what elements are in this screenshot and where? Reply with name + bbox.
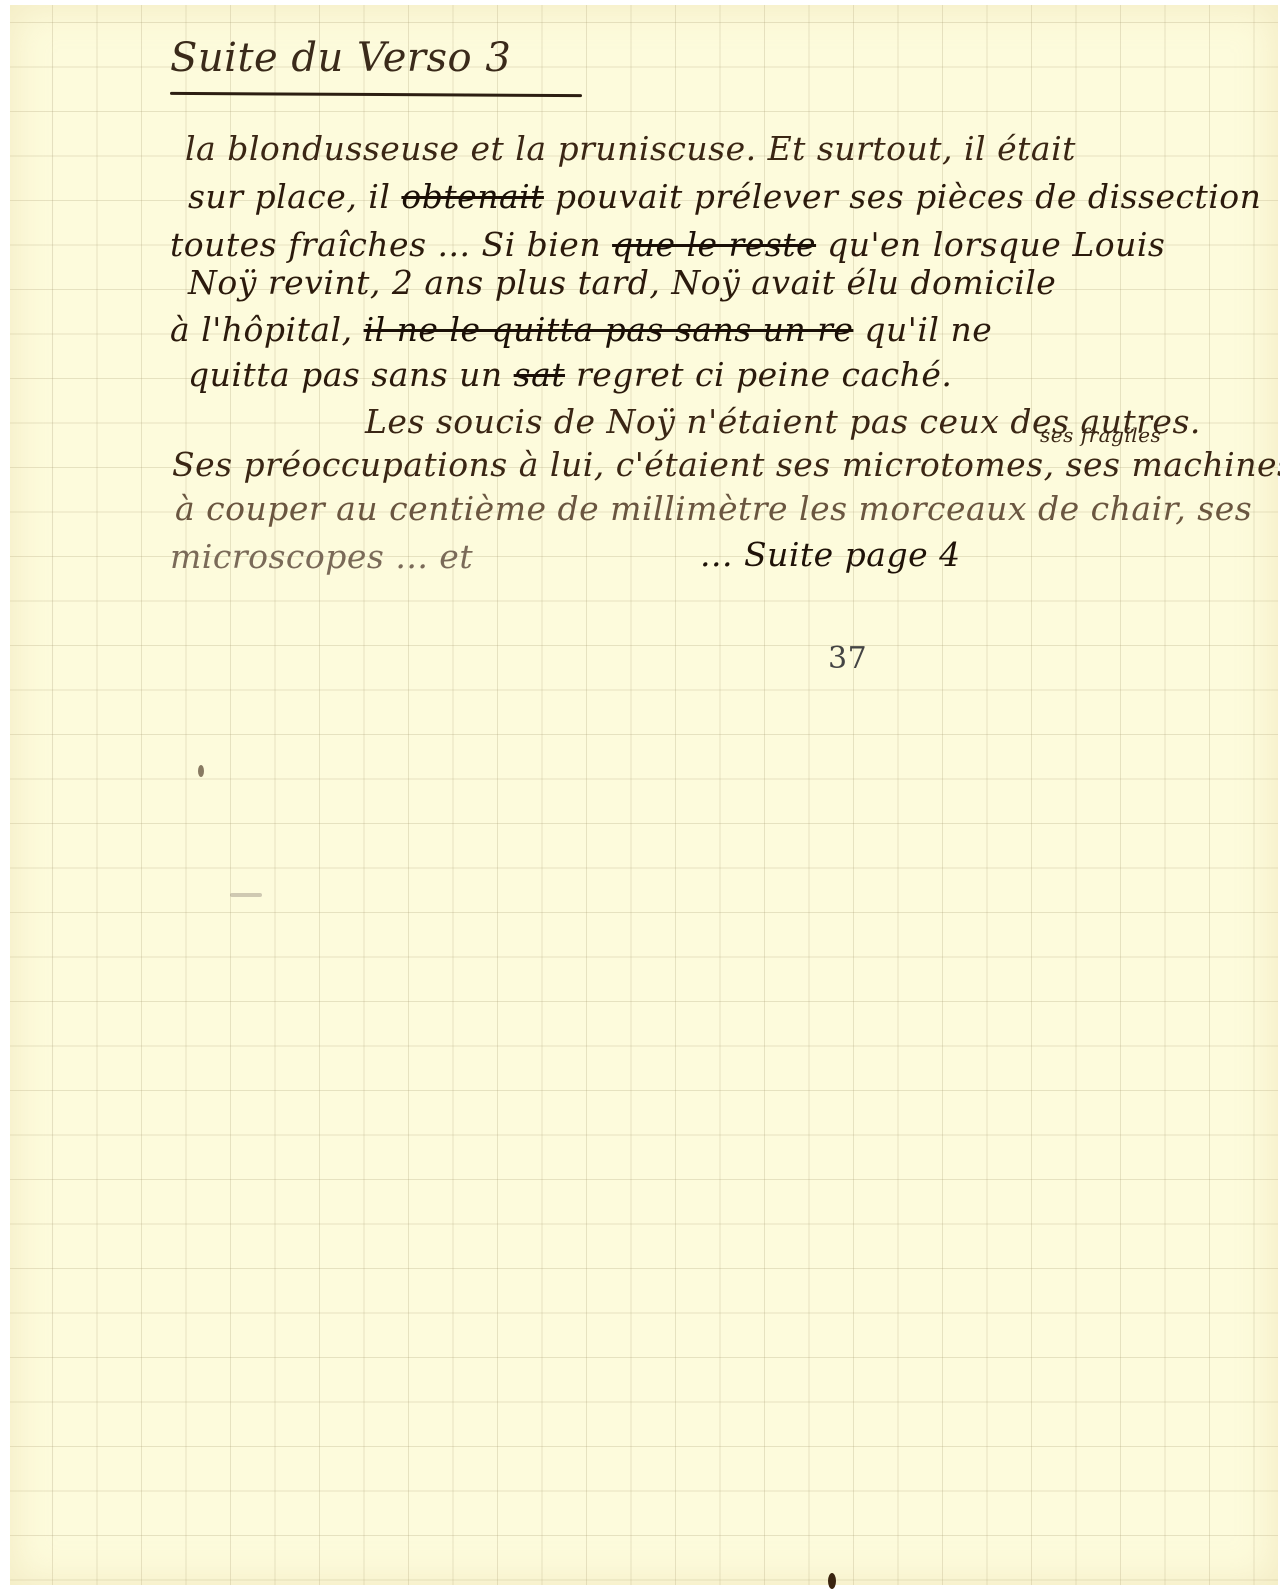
ink-blot xyxy=(828,1573,836,1589)
struck-word: obtenait xyxy=(401,177,544,216)
struck-word: sat xyxy=(514,355,565,394)
manuscript-page: Suite du Verso 3 la blondusseuse et la p… xyxy=(10,5,1278,1585)
manuscript-line-6: quitta pas sans un sat regret ci peine c… xyxy=(188,355,952,394)
interlinear-insertion: ses fragiles xyxy=(1040,423,1161,447)
manuscript-line-3: toutes fraîches ... Si bien que le reste… xyxy=(170,225,1165,264)
line-segment: toutes fraîches ... Si bien xyxy=(170,225,612,264)
manuscript-line-8: Ses préoccupations à lui, c'étaient ses … xyxy=(172,445,1280,484)
line-segment: quitta pas sans un xyxy=(188,355,514,394)
struck-word: que le reste xyxy=(612,225,816,264)
manuscript-line-10: microscopes ... et xyxy=(170,537,473,576)
pencil-mark xyxy=(230,893,262,897)
line-segment: qu'il ne xyxy=(853,310,992,349)
manuscript-line-9: à couper au centième de millimètre les m… xyxy=(175,489,1252,528)
line-segment: pouvait prélever ses pièces de dissectio… xyxy=(544,177,1261,216)
manuscript-line-4: Noÿ revint, 2 ans plus tard, Noÿ avait é… xyxy=(188,263,1056,302)
line-segment: à l'hôpital, xyxy=(170,310,364,349)
page-title: Suite du Verso 3 xyxy=(170,35,511,81)
ink-blot xyxy=(198,765,204,777)
line-segment: qu'en lorsque Louis xyxy=(816,225,1165,264)
manuscript-line-5: à l'hôpital, il ne le quitta pas sans un… xyxy=(170,310,992,349)
manuscript-line-2: sur place, il obtenait pouvait prélever … xyxy=(188,177,1261,216)
continuation-note: ... Suite page 4 xyxy=(700,535,961,574)
title-underline xyxy=(170,92,582,97)
line-segment: regret ci peine caché. xyxy=(565,355,952,394)
line-segment: sur place, il xyxy=(188,177,401,216)
manuscript-line-1: la blondusseuse et la pruniscuse. Et sur… xyxy=(185,129,1076,168)
struck-phrase: il ne le quitta pas sans un re xyxy=(364,310,854,349)
page-number: 37 xyxy=(828,641,867,676)
